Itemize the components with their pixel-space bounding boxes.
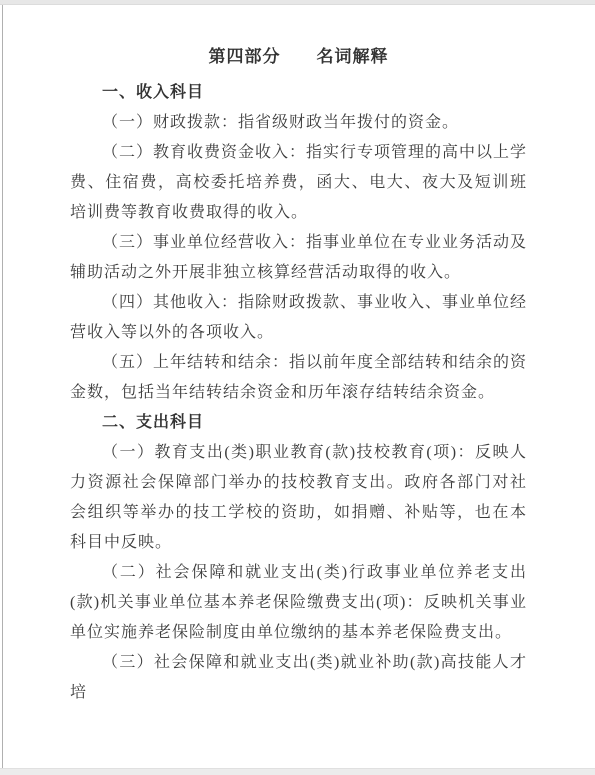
expenditure-paragraph-1: （一）教育支出(类)职业教育(款)技校教育(项)：反映人力资源社会保障部门举办的… [70, 438, 527, 558]
expenditure-paragraph-2: （二）社会保障和就业支出(类)行政事业单位养老支出(款)机关事业单位基本养老保险… [70, 558, 527, 648]
income-paragraph-1: （一）财政拨款：指省级财政当年拨付的资金。 [70, 108, 527, 138]
income-paragraph-5: （五）上年结转和结余：指以前年度全部结转和结余的资金数，包括当年结转结余资金和历… [70, 348, 527, 408]
document-page: 第四部分 名词解释 一、收入科目 （一）财政拨款：指省级财政当年拨付的资金。 （… [0, 0, 595, 775]
page-top-scan-edge [0, 0, 595, 5]
document-title: 第四部分 名词解释 [70, 42, 527, 72]
page-left-scan-edge [2, 5, 3, 768]
section-heading-income: 一、收入科目 [70, 78, 527, 108]
document-content: 第四部分 名词解释 一、收入科目 （一）财政拨款：指省级财政当年拨付的资金。 （… [70, 42, 527, 708]
section-heading-expenditure: 二、支出科目 [70, 408, 527, 438]
income-paragraph-2: （二）教育收费资金收入：指实行专项管理的高中以上学费、住宿费，高校委托培养费，函… [70, 138, 527, 228]
expenditure-paragraph-3: （三）社会保障和就业支出(类)就业补助(款)高技能人才培 [70, 648, 527, 708]
income-paragraph-4: （四）其他收入：指除财政拨款、事业收入、事业单位经营收入等以外的各项收入。 [70, 288, 527, 348]
page-bottom-scan-edge [0, 768, 595, 775]
income-paragraph-3: （三）事业单位经营收入：指事业单位在专业业务活动及辅助活动之外开展非独立核算经营… [70, 228, 527, 288]
